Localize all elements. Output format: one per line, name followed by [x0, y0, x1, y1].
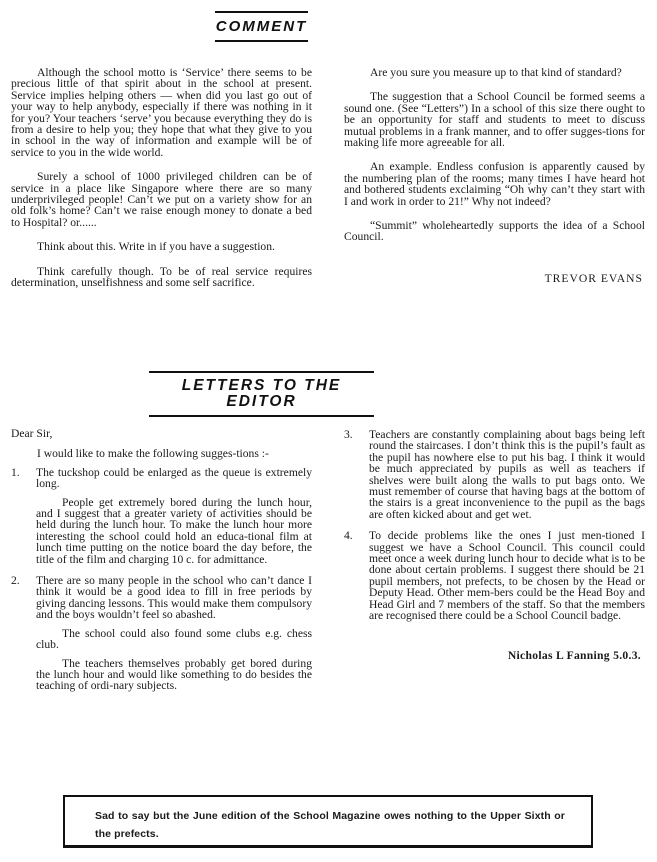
suggestion-paragraph: The school could also found some clubs e… — [36, 628, 312, 651]
comment-paragraph: “Summit” wholeheartedly supports the ide… — [344, 220, 645, 243]
suggestion-paragraph: The tuckshop could be enlarged as the qu… — [36, 467, 312, 490]
comment-paragraph: Are you sure you measure up to that kind… — [344, 67, 645, 78]
comment-paragraph: The suggestion that a School Council be … — [344, 91, 645, 148]
comment-paragraph: Think carefully though. To be of real se… — [11, 266, 312, 289]
comment-left-column: Although the school motto is ‘Service’ t… — [11, 67, 312, 302]
letter-greeting: Dear Sir, — [11, 428, 312, 439]
comment-heading: COMMENT — [215, 11, 308, 42]
heading-rule-bottom — [149, 415, 374, 417]
notice-box: Sad to say but the June edition of the S… — [63, 795, 593, 848]
comment-paragraph: An example. Endless confusion is apparen… — [344, 161, 645, 207]
suggestion-paragraph: People get extremely bored during the lu… — [36, 497, 312, 565]
letters-heading: LETTERS TO THE EDITOR — [149, 371, 374, 417]
comment-paragraph: Surely a school of 1000 privileged child… — [11, 171, 312, 228]
suggestion-number: 4. — [344, 530, 353, 541]
comment-paragraph: Although the school motto is ‘Service’ t… — [11, 67, 312, 158]
letter-left-column: Dear Sir, I would like to make the follo… — [11, 428, 312, 702]
suggestion-paragraph: Teachers are constantly complaining abou… — [369, 429, 645, 520]
heading-rule-bottom — [215, 40, 308, 42]
suggestion-item: 3. Teachers are constantly complaining a… — [344, 429, 645, 520]
comment-paragraph: Think about this. Write in if you have a… — [11, 241, 312, 252]
letter-intro: I would like to make the following sugge… — [11, 448, 312, 459]
notice-text: Sad to say but the June edition of the S… — [95, 807, 565, 843]
suggestion-paragraph: There are so many people in the school w… — [36, 575, 312, 621]
letters-title: LETTERS TO THE EDITOR — [149, 373, 374, 415]
comment-right-column: Are you sure you measure up to that kind… — [344, 67, 645, 284]
letter-right-column: 3. Teachers are constantly complaining a… — [344, 429, 645, 661]
suggestion-item: 4. To decide problems like the ones I ju… — [344, 530, 645, 621]
suggestion-paragraph: The teachers themselves probably get bor… — [36, 658, 312, 692]
suggestion-item: 1. The tuckshop could be enlarged as the… — [11, 467, 312, 565]
suggestion-number: 1. — [11, 467, 20, 478]
letter-signature: Nicholas L Fanning 5.0.3. — [344, 650, 645, 661]
suggestion-paragraph: To decide problems like the ones I just … — [369, 530, 645, 621]
suggestion-item: 2. There are so many people in the schoo… — [11, 575, 312, 692]
suggestion-number: 3. — [344, 429, 353, 440]
suggestion-number: 2. — [11, 575, 20, 586]
comment-signature: TREVOR EVANS — [344, 273, 645, 284]
comment-title: COMMENT — [215, 13, 308, 40]
